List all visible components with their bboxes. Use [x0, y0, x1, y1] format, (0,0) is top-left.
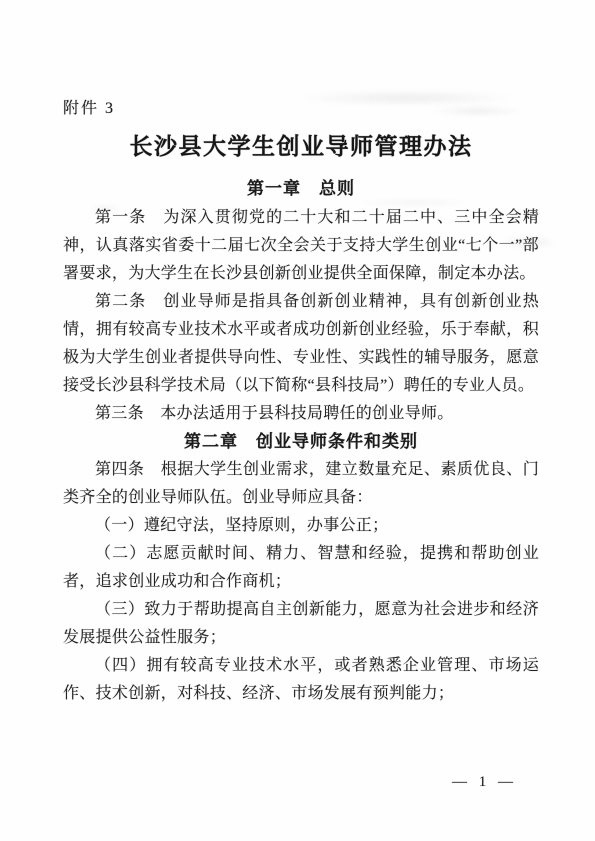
article-4-item-4: （四）拥有较高专业技术水平，或者熟悉企业管理、市场运作、技术创新，对科技、经济、… — [63, 652, 539, 708]
document-content: 附件 3 长沙县大学生创业导师管理办法 第一章 总则 第一条 为深入贯彻党的二十… — [63, 98, 539, 708]
chapter-1-heading: 第一章 总则 — [63, 174, 539, 204]
document-title: 长沙县大学生创业导师管理办法 — [63, 130, 539, 164]
article-4-paragraph: 第四条 根据大学生创业需求，建立数量充足、素质优良、门类齐全的创业导师队伍。创业… — [63, 456, 539, 512]
document-page: 附件 3 长沙县大学生创业导师管理办法 第一章 总则 第一条 为深入贯彻党的二十… — [0, 0, 595, 841]
chapter-2-heading: 第二章 创业导师条件和类别 — [63, 428, 539, 456]
article-4-item-1: （一）遵纪守法，坚持原则，办事公正； — [63, 512, 539, 540]
article-2-paragraph: 第二条 创业导师是指具备创新创业精神，具有创新创业热情，拥有较高专业技术水平或者… — [63, 288, 539, 400]
article-1-paragraph: 第一条 为深入贯彻党的二十大和二十届二中、三中全会精神，认真落实省委十二届七次全… — [63, 204, 539, 288]
article-3-paragraph: 第三条 本办法适用于县科技局聘任的创业导师。 — [63, 400, 539, 428]
article-4-item-2: （二）志愿贡献时间、精力、智慧和经验，提携和帮助创业者，追求创业成功和合作商机； — [63, 540, 539, 596]
page-number: — 1 — — [452, 774, 517, 791]
attachment-label: 附件 3 — [63, 98, 539, 120]
article-4-item-3: （三）致力于帮助提高自主创新能力，愿意为社会进步和经济发展提供公益性服务； — [63, 596, 539, 652]
